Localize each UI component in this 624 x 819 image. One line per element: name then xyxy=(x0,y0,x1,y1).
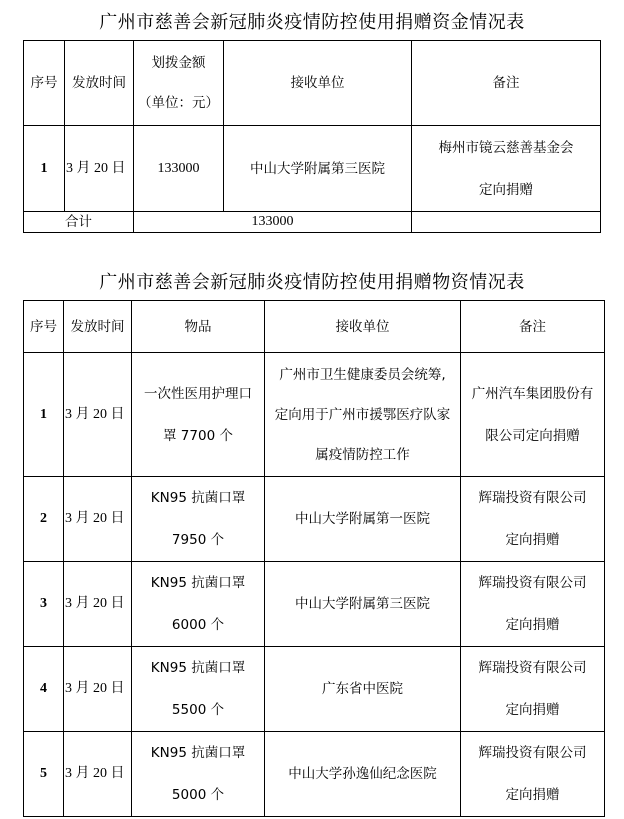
row-remark-line1: 辉瑞投资有限公司 xyxy=(461,732,604,774)
row-date: 3 月 20 日 xyxy=(64,732,132,817)
row-remark: 辉瑞投资有限公司 定向捐赠 xyxy=(461,562,605,647)
row-remark: 辉瑞投资有限公司 定向捐赠 xyxy=(461,732,605,817)
goods-header-row: 序号 发放时间 物品 接收单位 备注 xyxy=(24,301,605,353)
total-row: 合计 133000 xyxy=(24,212,601,233)
row-item-line1: KN95 抗菌口罩 xyxy=(132,562,264,604)
row-remark-line1: 广州汽车集团股份有 xyxy=(461,373,604,415)
row-item: KN95 抗菌口罩 5000 个 xyxy=(132,732,265,817)
header-recipient: 接收单位 xyxy=(224,41,412,126)
goods-table-title: 广州市慈善会新冠肺炎疫情防控使用捐赠物资情况表 xyxy=(0,268,624,294)
header-amount: 划拨金额 （单位：元） xyxy=(134,41,224,126)
row-item: KN95 抗菌口罩 5500 个 xyxy=(132,647,265,732)
row-index: 4 xyxy=(24,647,64,732)
header-index: 序号 xyxy=(24,301,64,353)
header-recipient: 接收单位 xyxy=(265,301,461,353)
row-index: 5 xyxy=(24,732,64,817)
total-amount: 133000 xyxy=(134,212,412,233)
row-recipient-line2: 定向用于广州市援鄂医疗队家 xyxy=(265,395,460,435)
total-label: 合计 xyxy=(24,212,134,233)
row-date: 3 月 20 日 xyxy=(64,353,132,477)
header-date: 发放时间 xyxy=(64,301,132,353)
funds-header-row: 序号 发放时间 划拨金额 （单位：元） 接收单位 备注 xyxy=(24,41,601,126)
table-row: 1 3 月 20 日 一次性医用护理口 罩 7700 个 广州市卫生健康委员会统… xyxy=(24,353,605,477)
row-recipient: 广东省中医院 xyxy=(265,647,461,732)
row-remark: 辉瑞投资有限公司 定向捐赠 xyxy=(461,647,605,732)
table-row: 5 3 月 20 日 KN95 抗菌口罩 5000 个 中山大学孙逸仙纪念医院 … xyxy=(24,732,605,817)
row-date: 3 月 20 日 xyxy=(64,477,132,562)
row-recipient: 中山大学孙逸仙纪念医院 xyxy=(265,732,461,817)
table-row: 1 3 月 20 日 133000 中山大学附属第三医院 梅州市镜云慈善基金会 … xyxy=(24,126,601,212)
row-remark-line2: 限公司定向捐赠 xyxy=(461,415,604,457)
table-row: 3 3 月 20 日 KN95 抗菌口罩 6000 个 中山大学附属第三医院 辉… xyxy=(24,562,605,647)
row-amount: 133000 xyxy=(134,126,224,212)
total-remark xyxy=(412,212,601,233)
row-remark-line1: 梅州市镜云慈善基金会 xyxy=(412,127,600,169)
row-item-line1: KN95 抗菌口罩 xyxy=(132,647,264,689)
row-remark-line1: 辉瑞投资有限公司 xyxy=(461,477,604,519)
row-item-line1: 一次性医用护理口 xyxy=(132,373,264,415)
row-item-line1: KN95 抗菌口罩 xyxy=(132,477,264,519)
row-item-line2: 罩 7700 个 xyxy=(132,415,264,457)
row-date: 3 月 20 日 xyxy=(64,562,132,647)
row-index: 1 xyxy=(24,353,64,477)
row-item: KN95 抗菌口罩 6000 个 xyxy=(132,562,265,647)
row-index: 3 xyxy=(24,562,64,647)
row-item: KN95 抗菌口罩 7950 个 xyxy=(132,477,265,562)
goods-table: 序号 发放时间 物品 接收单位 备注 1 3 月 20 日 一次性医用护理口 罩… xyxy=(23,300,605,817)
header-item: 物品 xyxy=(132,301,265,353)
funds-table-title: 广州市慈善会新冠肺炎疫情防控使用捐赠资金情况表 xyxy=(0,8,624,34)
header-amount-label: 划拨金额 xyxy=(134,43,223,83)
row-remark-line1: 辉瑞投资有限公司 xyxy=(461,647,604,689)
row-recipient-line1: 广州市卫生健康委员会统筹, xyxy=(265,355,460,395)
row-item-line1: KN95 抗菌口罩 xyxy=(132,732,264,774)
row-recipient: 中山大学附属第一医院 xyxy=(265,477,461,562)
row-item-line2: 6000 个 xyxy=(132,604,264,646)
row-item-line2: 5000 个 xyxy=(132,774,264,816)
row-recipient: 中山大学附属第三医院 xyxy=(224,126,412,212)
header-amount-unit: （单位：元） xyxy=(134,83,223,123)
header-index: 序号 xyxy=(24,41,65,126)
row-remark: 辉瑞投资有限公司 定向捐赠 xyxy=(461,477,605,562)
funds-table: 序号 发放时间 划拨金额 （单位：元） 接收单位 备注 1 3 月 20 日 1… xyxy=(23,40,601,233)
row-remark: 梅州市镜云慈善基金会 定向捐赠 xyxy=(412,126,601,212)
row-recipient: 广州市卫生健康委员会统筹, 定向用于广州市援鄂医疗队家 属疫情防控工作 xyxy=(265,353,461,477)
header-remark: 备注 xyxy=(412,41,601,126)
row-recipient: 中山大学附属第三医院 xyxy=(265,562,461,647)
header-remark: 备注 xyxy=(461,301,605,353)
row-remark-line2: 定向捐赠 xyxy=(461,689,604,731)
row-index: 2 xyxy=(24,477,64,562)
row-remark-line1: 辉瑞投资有限公司 xyxy=(461,562,604,604)
row-remark-line2: 定向捐赠 xyxy=(461,774,604,816)
row-item-line2: 5500 个 xyxy=(132,689,264,731)
row-item-line2: 7950 个 xyxy=(132,519,264,561)
row-index: 1 xyxy=(24,126,65,212)
row-date: 3 月 20 日 xyxy=(64,647,132,732)
row-remark-line2: 定向捐赠 xyxy=(461,519,604,561)
header-date: 发放时间 xyxy=(65,41,134,126)
row-remark: 广州汽车集团股份有 限公司定向捐赠 xyxy=(461,353,605,477)
row-date: 3 月 20 日 xyxy=(65,126,134,212)
table-row: 4 3 月 20 日 KN95 抗菌口罩 5500 个 广东省中医院 辉瑞投资有… xyxy=(24,647,605,732)
row-recipient-line3: 属疫情防控工作 xyxy=(265,435,460,475)
row-remark-line2: 定向捐赠 xyxy=(412,169,600,211)
table-row: 2 3 月 20 日 KN95 抗菌口罩 7950 个 中山大学附属第一医院 辉… xyxy=(24,477,605,562)
row-item: 一次性医用护理口 罩 7700 个 xyxy=(132,353,265,477)
row-remark-line2: 定向捐赠 xyxy=(461,604,604,646)
